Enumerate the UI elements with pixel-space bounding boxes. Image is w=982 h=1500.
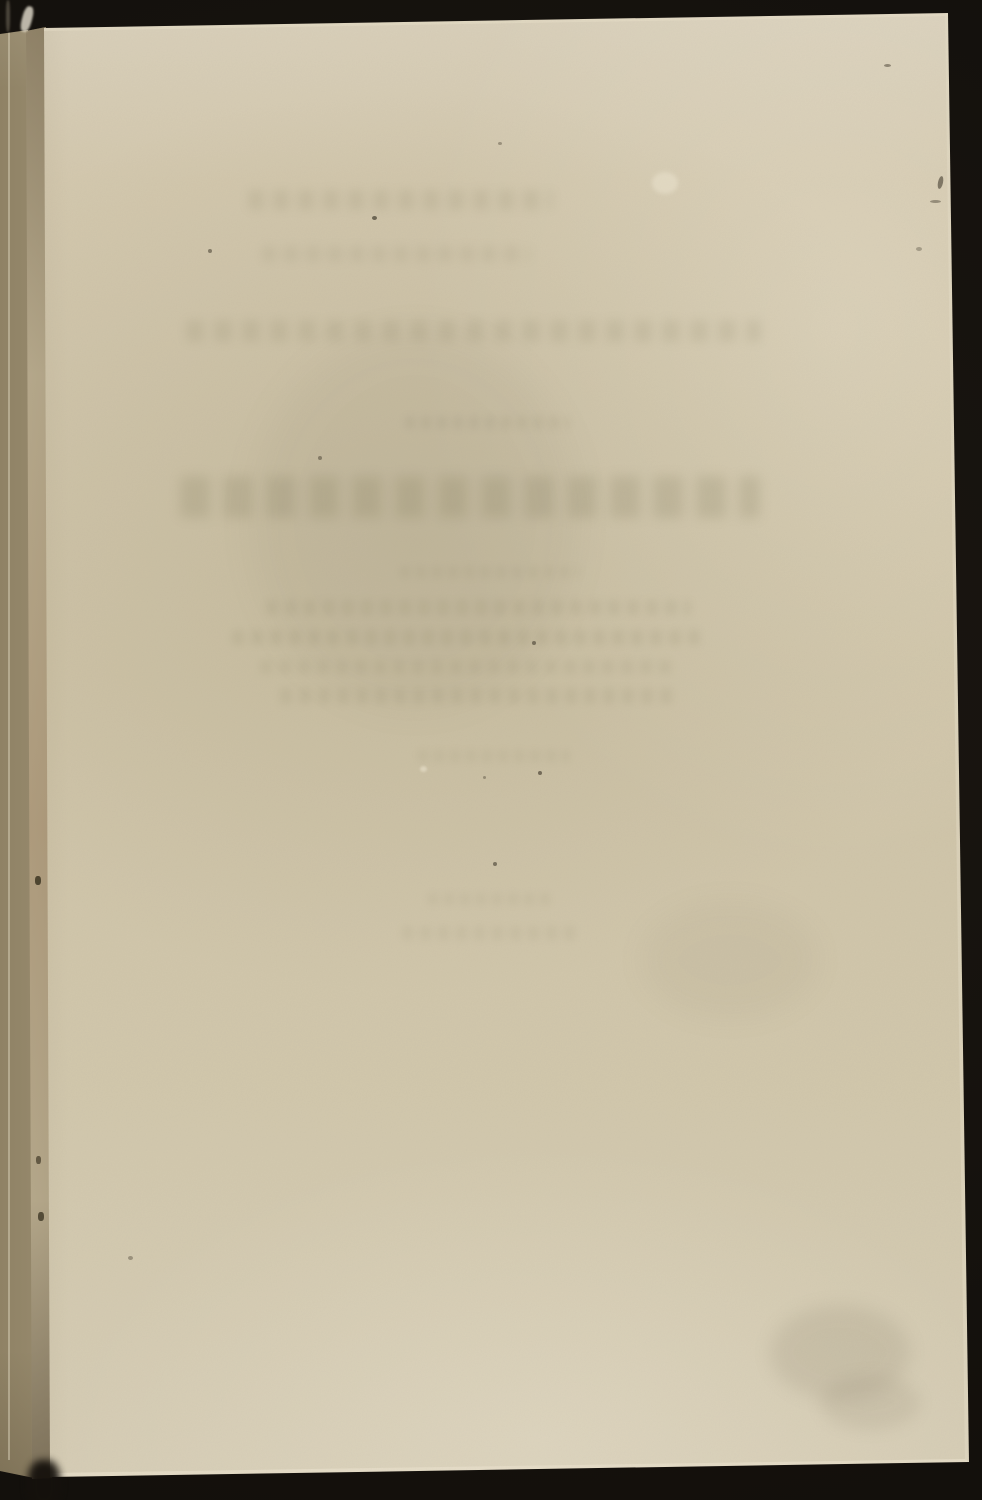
facing-page-edge-highlight xyxy=(8,30,10,1460)
speck-6 xyxy=(538,771,542,775)
speck-2 xyxy=(208,249,212,253)
speck-3 xyxy=(498,142,502,145)
speck-8 xyxy=(493,862,497,866)
scuff-light-2 xyxy=(420,766,427,772)
speck-13 xyxy=(128,1256,133,1260)
stitch-hole-1 xyxy=(35,876,41,885)
speck-7 xyxy=(483,776,486,779)
stain-mid-right xyxy=(640,900,820,1020)
speck-1 xyxy=(372,216,377,220)
showthrough-line-12 xyxy=(402,926,580,940)
stitch-hole-2 xyxy=(36,1156,41,1164)
showthrough-line-10 xyxy=(418,750,570,762)
stain-bottom-right-2 xyxy=(820,1375,920,1430)
speck-10 xyxy=(930,200,941,203)
scuff-light-1 xyxy=(652,172,678,194)
speck-12 xyxy=(916,247,922,251)
stitch-hole-3 xyxy=(38,1212,44,1221)
under-page-sliver xyxy=(6,0,10,32)
showthrough-line-11 xyxy=(428,893,556,905)
book-scan xyxy=(0,0,982,1500)
showthrough-line-1 xyxy=(248,190,553,210)
showthrough-line-2 xyxy=(262,246,530,262)
gutter-bottom-shadow xyxy=(28,1460,60,1500)
speck-11 xyxy=(884,64,891,67)
showthrough-line-3 xyxy=(186,320,761,342)
blank-page xyxy=(0,0,982,1500)
corner-paper-sliver xyxy=(19,5,35,33)
stain-center-mottle xyxy=(250,330,580,710)
